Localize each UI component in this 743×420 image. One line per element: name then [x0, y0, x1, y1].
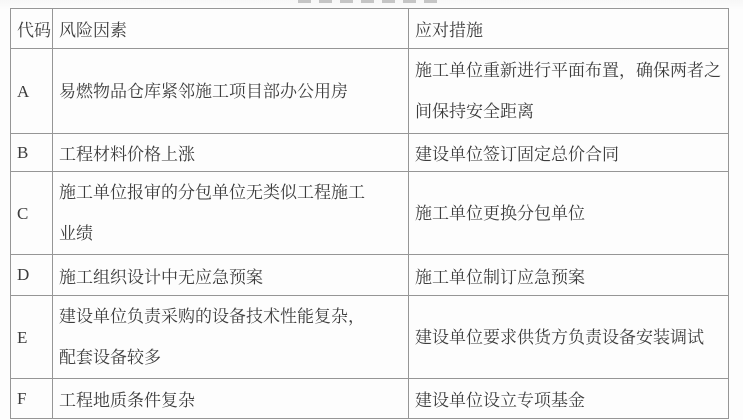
code-label: F	[17, 389, 52, 409]
cell-code-c: C	[11, 172, 53, 255]
cell-code-b: B	[11, 134, 53, 172]
risk-text: 建设单位负责采购的设备技术性能复杂，	[59, 296, 408, 337]
risk-text: 易燃物品仓库紧邻施工项目部办公用房	[59, 71, 408, 112]
risk-text: 工程材料价格上涨	[59, 140, 408, 165]
cropped-title-remnant	[298, 0, 438, 3]
risk-text: 施工组织设计中无应急预案	[59, 263, 408, 288]
cell-measure-d: 施工单位制订应急预案	[409, 255, 729, 296]
header-measure: 应对措施	[409, 9, 729, 49]
table-row: F 工程地质条件复杂 建设单位设立专项基金	[11, 379, 729, 419]
header-measure-label: 应对措施	[415, 16, 728, 41]
cell-measure-c: 施工单位更换分包单位	[409, 172, 729, 255]
measure-text: 施工单位更换分包单位	[415, 193, 728, 234]
header-code: 代码	[11, 9, 53, 49]
cell-risk-c: 施工单位报审的分包单位无类似工程施工 业绩	[53, 172, 409, 255]
measure-text: 间保持安全距离	[415, 91, 728, 132]
header-code-label: 代码	[17, 16, 52, 41]
table-row: C 施工单位报审的分包单位无类似工程施工 业绩 施工单位更换分包单位	[11, 172, 729, 255]
cell-code-e: E	[11, 296, 53, 379]
code-label: D	[17, 265, 52, 285]
code-label: A	[17, 71, 52, 112]
header-risk: 风险因素	[53, 9, 409, 49]
measure-text: 建设单位签订固定总价合同	[415, 140, 728, 165]
risk-text: 工程地质条件复杂	[59, 386, 408, 411]
risk-text: 施工单位报审的分包单位无类似工程施工	[59, 172, 408, 213]
risk-text: 配套设备较多	[59, 337, 408, 378]
table-row: D 施工组织设计中无应急预案 施工单位制订应急预案	[11, 255, 729, 296]
cell-risk-f: 工程地质条件复杂	[53, 379, 409, 419]
risk-measures-table: 代码 风险因素 应对措施 A 易燃物品仓库紧邻施工项目部办公用房 施工单位重新进…	[10, 8, 729, 419]
measure-text: 施工单位重新进行平面布置，确保两者之	[415, 50, 728, 91]
cell-code-a: A	[11, 49, 53, 134]
code-label: E	[17, 317, 52, 358]
table-header-row: 代码 风险因素 应对措施	[11, 9, 729, 49]
table-row: E 建设单位负责采购的设备技术性能复杂， 配套设备较多 建设单位要求供货方负责设…	[11, 296, 729, 379]
measure-text: 建设单位要求供货方负责设备安装调试	[415, 317, 728, 358]
cell-measure-a: 施工单位重新进行平面布置，确保两者之 间保持安全距离	[409, 49, 729, 134]
measure-text: 建设单位设立专项基金	[415, 386, 728, 411]
cell-risk-d: 施工组织设计中无应急预案	[53, 255, 409, 296]
measure-text: 施工单位制订应急预案	[415, 263, 728, 288]
cell-code-f: F	[11, 379, 53, 419]
cell-risk-b: 工程材料价格上涨	[53, 134, 409, 172]
cell-measure-e: 建设单位要求供货方负责设备安装调试	[409, 296, 729, 379]
table-row: B 工程材料价格上涨 建设单位签订固定总价合同	[11, 134, 729, 172]
risk-text: 业绩	[59, 213, 408, 254]
cell-measure-b: 建设单位签订固定总价合同	[409, 134, 729, 172]
cell-risk-e: 建设单位负责采购的设备技术性能复杂， 配套设备较多	[53, 296, 409, 379]
cell-measure-f: 建设单位设立专项基金	[409, 379, 729, 419]
table-row: A 易燃物品仓库紧邻施工项目部办公用房 施工单位重新进行平面布置，确保两者之 间…	[11, 49, 729, 134]
cell-risk-a: 易燃物品仓库紧邻施工项目部办公用房	[53, 49, 409, 134]
cell-code-d: D	[11, 255, 53, 296]
header-risk-label: 风险因素	[59, 16, 408, 41]
code-label: B	[17, 143, 52, 163]
code-label: C	[17, 193, 52, 234]
